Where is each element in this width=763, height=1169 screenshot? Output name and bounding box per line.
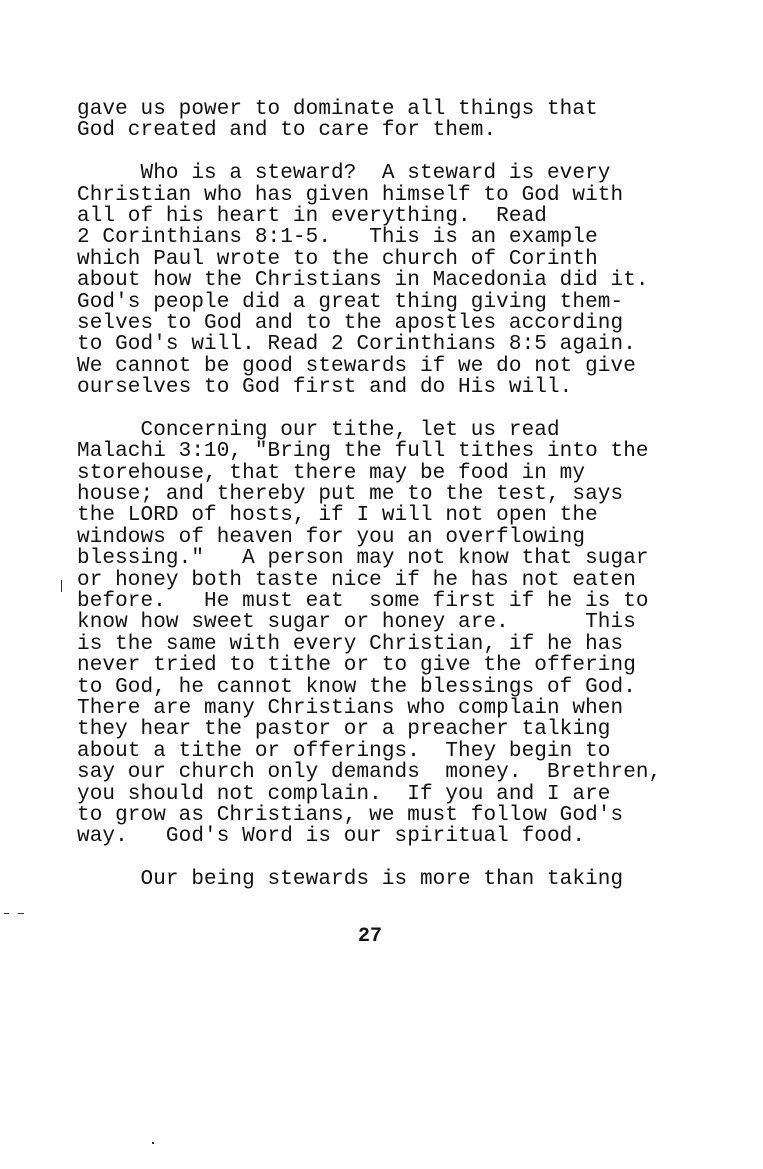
text-line: house; and thereby put me to the test, s… (77, 484, 661, 505)
paragraph-spacer (77, 848, 661, 869)
text-line: windows of heaven for you an overflowing (77, 527, 661, 548)
text-line: to grow as Christians, we must follow Go… (77, 805, 661, 826)
text-line: 2 Corinthians 8:1-5. This is an example (77, 227, 661, 248)
text-line: Our being stewards is more than taking (77, 869, 661, 890)
text-line: God's people did a great thing giving th… (77, 292, 661, 313)
text-line: say our church only demands money. Breth… (77, 762, 661, 783)
text-line: God created and to care for them. (77, 120, 661, 141)
paragraph: Who is a steward? A steward is everyChri… (77, 163, 661, 398)
text-line: There are many Christians who complain w… (77, 698, 661, 719)
text-line: selves to God and to the apostles accord… (77, 313, 661, 334)
text-line: Who is a steward? A steward is every (77, 163, 661, 184)
text-line: blessing." A person may not know that su… (77, 548, 661, 569)
text-line: about a tithe or offerings. They begin t… (77, 741, 661, 762)
text-line: the LORD of hosts, if I will not open th… (77, 505, 661, 526)
paragraph: Our being stewards is more than taking (77, 869, 661, 890)
text-line: you should not complain. If you and I ar… (77, 784, 661, 805)
text-line: they hear the pastor or a preacher talki… (77, 719, 661, 740)
text-line: which Paul wrote to the church of Corint… (77, 249, 661, 270)
text-line: way. God's Word is our spiritual food. (77, 826, 661, 847)
text-line: is the same with every Christian, if he … (77, 634, 661, 655)
text-line: Christian who has given himself to God w… (77, 185, 661, 206)
paragraph: Concerning our tithe, let us readMalachi… (77, 420, 661, 848)
text-line: to God's will. Read 2 Corinthians 8:5 ag… (77, 334, 661, 355)
text-line: before. He must eat some first if he is … (77, 591, 661, 612)
text-line: storehouse, that there may be food in my (77, 463, 661, 484)
scan-artifact-dot (152, 1142, 154, 1144)
page-number: 27 (0, 925, 740, 948)
text-line: about how the Christians in Macedonia di… (77, 270, 661, 291)
text-line: know how sweet sugar or honey are. This (77, 612, 661, 633)
paragraph: gave us power to dominate all things tha… (77, 99, 661, 142)
text-line: gave us power to dominate all things tha… (77, 99, 661, 120)
text-line: all of his heart in everything. Read (77, 206, 661, 227)
scan-artifact-mark (61, 580, 62, 592)
text-line: We cannot be good stewards if we do not … (77, 356, 661, 377)
text-line: Malachi 3:10, "Bring the full tithes int… (77, 441, 661, 462)
text-line: Concerning our tithe, let us read (77, 420, 661, 441)
text-line: or honey both taste nice if he has not e… (77, 570, 661, 591)
text-line: to God, he cannot know the blessings of … (77, 677, 661, 698)
text-line: never tried to tithe or to give the offe… (77, 655, 661, 676)
scan-artifact-dash (4, 913, 9, 914)
scan-artifact-dash (18, 913, 24, 914)
text-line: ourselves to God first and do His will. (77, 377, 661, 398)
paragraph-spacer (77, 142, 661, 163)
page-body-text: gave us power to dominate all things tha… (77, 99, 661, 890)
paragraph-spacer (77, 398, 661, 419)
